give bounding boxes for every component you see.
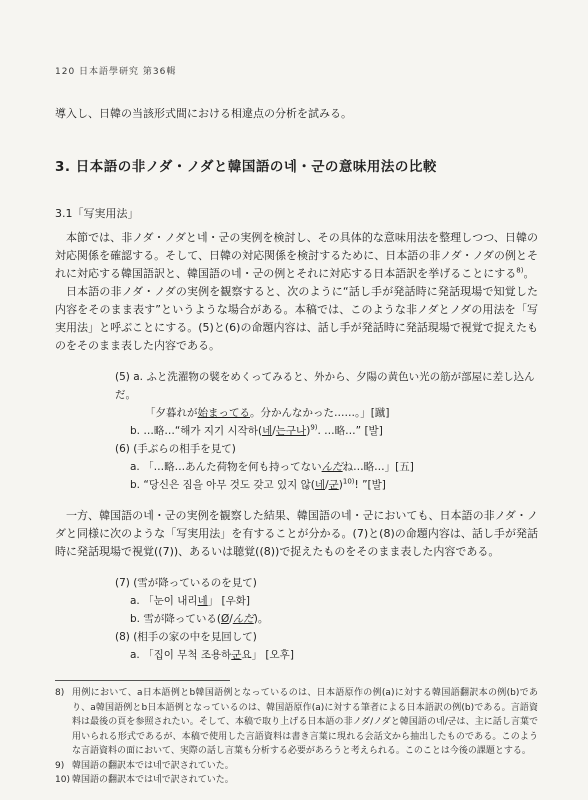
example-5a-quote: 「夕暮れが始まってる。分かんなかった……。」[蹴] (145, 404, 538, 422)
footnote-8-marker: 8) (55, 686, 72, 759)
footnote-10-text: 韓国語の翻訳本では네で訳されていた。 (72, 773, 538, 788)
footnote-10: 10) 韓国語の翻訳本では네で訳されていた。 (55, 773, 538, 788)
example-6b-line: b. “당신은 짐을 아무 것도 갖고 있지 않(네/군)10)! ”[발] (130, 476, 538, 494)
example-7-context: (7) (雪が降っているのを見て) (115, 574, 538, 592)
footnote-10-marker: 10) (55, 773, 72, 788)
footnote-separator (55, 680, 230, 681)
example-5b-line: b. …略…“해가 지기 시작하(네/는구나)9). …略…” [발] (130, 422, 538, 440)
footnote-8: 8) 用例において、a日本語例とb韓国語例となっているのは、日本語原作の例(a)… (55, 686, 538, 759)
example-5a-line: (5) a. ふと洗濯物の襞をめくってみると、外から、夕陽の黄色い光の筋が部屋に… (115, 368, 538, 404)
example-7a-line: a. 「눈이 내리네」 [우화] (130, 592, 538, 610)
example-6-context: (6) (手ぶらの相手を見て) (115, 440, 538, 458)
example-block-5-6: (5) a. ふと洗濯物の襞をめくってみると、外から、夕陽の黄色い光の筋が部屋に… (55, 368, 538, 494)
paragraph-1: 本節では、非ノダ・ノダと네・군の実例を検討し、その具体的な意味用法を整理しつつ、… (55, 229, 538, 283)
section-heading: 3. 日本語の非ノダ・ノダと韓国語の네・군の意味用法の比較 (55, 155, 538, 175)
footnote-8-text: 用例において、a日本語例とb韓国語例となっているのは、日本語原作の例(a)に対す… (72, 686, 538, 759)
footnote-9-marker: 9) (55, 759, 72, 774)
example-8a-line: a. 「집이 무척 조용하군요」 [오후] (130, 646, 538, 664)
example-6a-line: a. 「…略…あんた荷物を何も持ってないんだね…略…」[五] (130, 458, 538, 476)
running-header: 120 日本語學研究 第36輯 (55, 64, 538, 77)
footnote-9-text: 韓国語の翻訳本では네で訳されていた。 (72, 759, 538, 774)
example-7b-line: b. 雪が降っている(Ø/んだ)。 (130, 610, 538, 628)
document-page: 120 日本語學研究 第36輯 導入し、日韓の当該形式間における相違点の分析を試… (0, 0, 588, 800)
footnotes-section: 8) 用例において、a日本語例とb韓国語例となっているのは、日本語原作の例(a)… (55, 680, 538, 788)
footnote-9: 9) 韓国語の翻訳本では네で訳されていた。 (55, 759, 538, 774)
subsection-heading: 3.1「写実用法」 (55, 205, 538, 221)
intro-paragraph: 導入し、日韓の当該形式間における相違点の分析を試みる。 (55, 105, 538, 121)
example-8-context: (8) (相手の家の中を見回して) (115, 628, 538, 646)
paragraph-3: 一方、韓国語の네・군の実例を観察した結果、韓国語の네・군においても、日本語の非ノ… (55, 507, 538, 561)
example-block-7-8: (7) (雪が降っているのを見て) a. 「눈이 내리네」 [우화] b. 雪が… (55, 574, 538, 664)
paragraph-2: 日本語の非ノダ・ノダの実例を観察すると、次のように“話し手が発話時に発話現場で知… (55, 283, 538, 355)
